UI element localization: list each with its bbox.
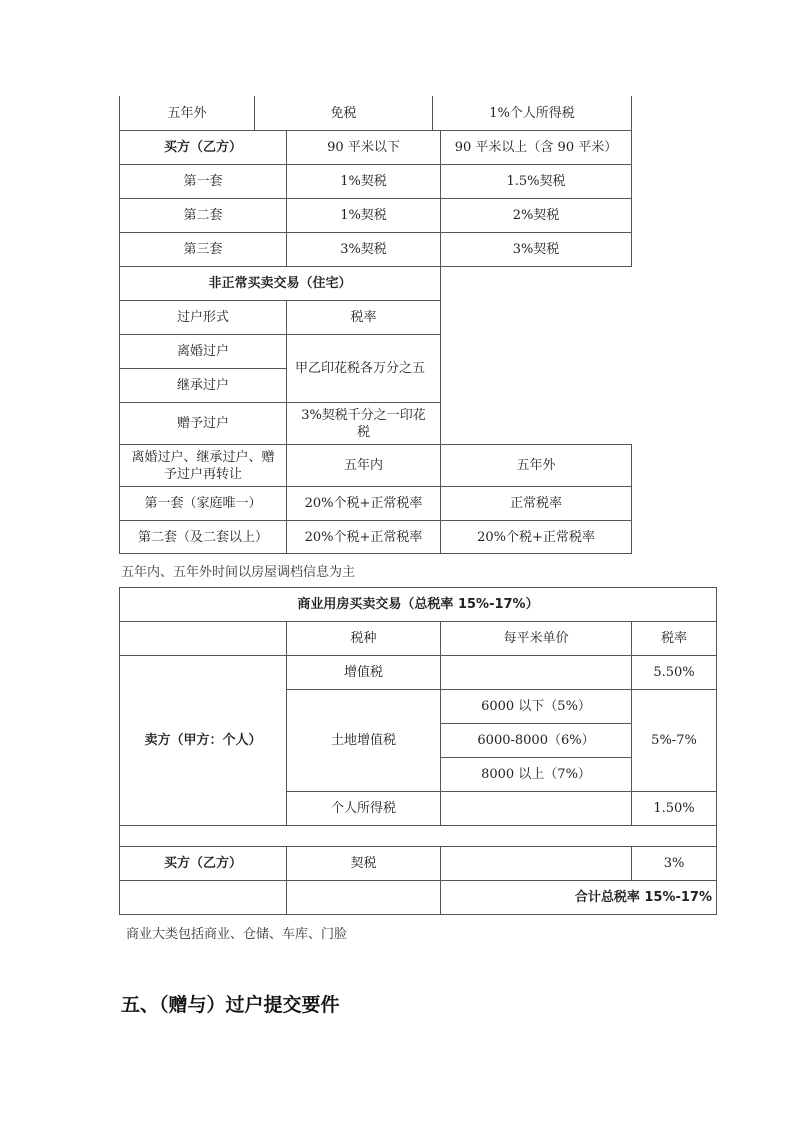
table-cell: 3%契税 <box>286 232 441 267</box>
table-cell: 1%个人所得税 <box>432 96 632 131</box>
table-cell <box>440 846 632 881</box>
table-cell <box>440 791 632 826</box>
buyer-label: 买方（乙方） <box>119 130 287 165</box>
table-cell: 5.50% <box>631 655 717 690</box>
merged-rate-cell: 甲乙印花税各万分之五 <box>286 334 441 403</box>
table-cell: 3% <box>631 846 717 881</box>
total-rate-cell: 合计总税率 15%-17% <box>440 880 717 915</box>
table-cell: 增值税 <box>286 655 441 690</box>
table-header-cell: 90 平米以下 <box>286 130 441 165</box>
table-cell: 五年外 <box>119 96 255 131</box>
table-cell: 第二套 <box>119 198 287 233</box>
spacer-row <box>119 825 717 847</box>
table-cell: 6000-8000（6%） <box>440 723 632 758</box>
table-cell: 正常税率 <box>440 486 632 521</box>
table-cell: 第三套 <box>119 232 287 267</box>
table-header-cell: 过户形式 <box>119 300 287 335</box>
table-cell <box>286 880 441 915</box>
table-cell: 3%契税 <box>440 232 632 267</box>
table-cell: 5%-7% <box>631 689 717 792</box>
table-cell: 3%契税千分之一印花税 <box>286 402 441 445</box>
table-cell: 20%个税+正常税率 <box>440 520 632 554</box>
table-cell: 1.5%契税 <box>440 164 632 199</box>
table-header-cell: 税种 <box>286 621 441 656</box>
table-header-cell <box>119 621 287 656</box>
table-header-cell: 税率 <box>631 621 717 656</box>
table-title: 非正常买卖交易（住宅） <box>119 266 441 301</box>
table-header-cell: 五年外 <box>440 444 632 487</box>
table-cell: 离婚过户 <box>119 334 287 369</box>
note-commercial-categories: 商业大类包括商业、仓储、车库、门脸 <box>126 923 347 942</box>
table-cell: 第一套 <box>119 164 287 199</box>
table-cell: 继承过户 <box>119 368 287 403</box>
table-cell: 个人所得税 <box>286 791 441 826</box>
table-cell: 6000 以下（5%） <box>440 689 632 724</box>
table-cell: 土地增值税 <box>286 689 441 792</box>
table-header-cell: 离婚过户、继承过户、赠予过户再转让 <box>119 444 287 487</box>
table-cell: 第一套（家庭唯一） <box>119 486 287 521</box>
seller-label: 卖方（甲方：个人） <box>119 655 287 826</box>
table-cell: 20%个税+正常税率 <box>286 520 441 554</box>
table-header-cell: 五年内 <box>286 444 441 487</box>
table-cell: 第二套（及二套以上） <box>119 520 287 554</box>
table-cell: 免税 <box>254 96 433 131</box>
table-cell: 赠予过户 <box>119 402 287 445</box>
table-cell: 20%个税+正常税率 <box>286 486 441 521</box>
table-header-cell: 税率 <box>286 300 441 335</box>
table-header-cell: 90 平米以上（含 90 平米） <box>440 130 632 165</box>
table-cell: 1.50% <box>631 791 717 826</box>
table-cell <box>119 880 287 915</box>
table-cell: 契税 <box>286 846 441 881</box>
table-header-cell: 每平米单价 <box>440 621 632 656</box>
table-cell: 1%契税 <box>286 164 441 199</box>
table-cell: 8000 以上（7%） <box>440 757 632 792</box>
table-title: 商业用房买卖交易（总税率 15%-17%） <box>119 587 717 622</box>
table-cell <box>440 655 632 690</box>
table-cell: 2%契税 <box>440 198 632 233</box>
table-cell: 1%契税 <box>286 198 441 233</box>
note-five-year: 五年内、五年外时间以房屋调档信息为主 <box>121 561 355 580</box>
section-heading: 五、（赠与）过户提交要件 <box>121 990 340 1017</box>
buyer-label: 买方（乙方） <box>119 846 287 881</box>
